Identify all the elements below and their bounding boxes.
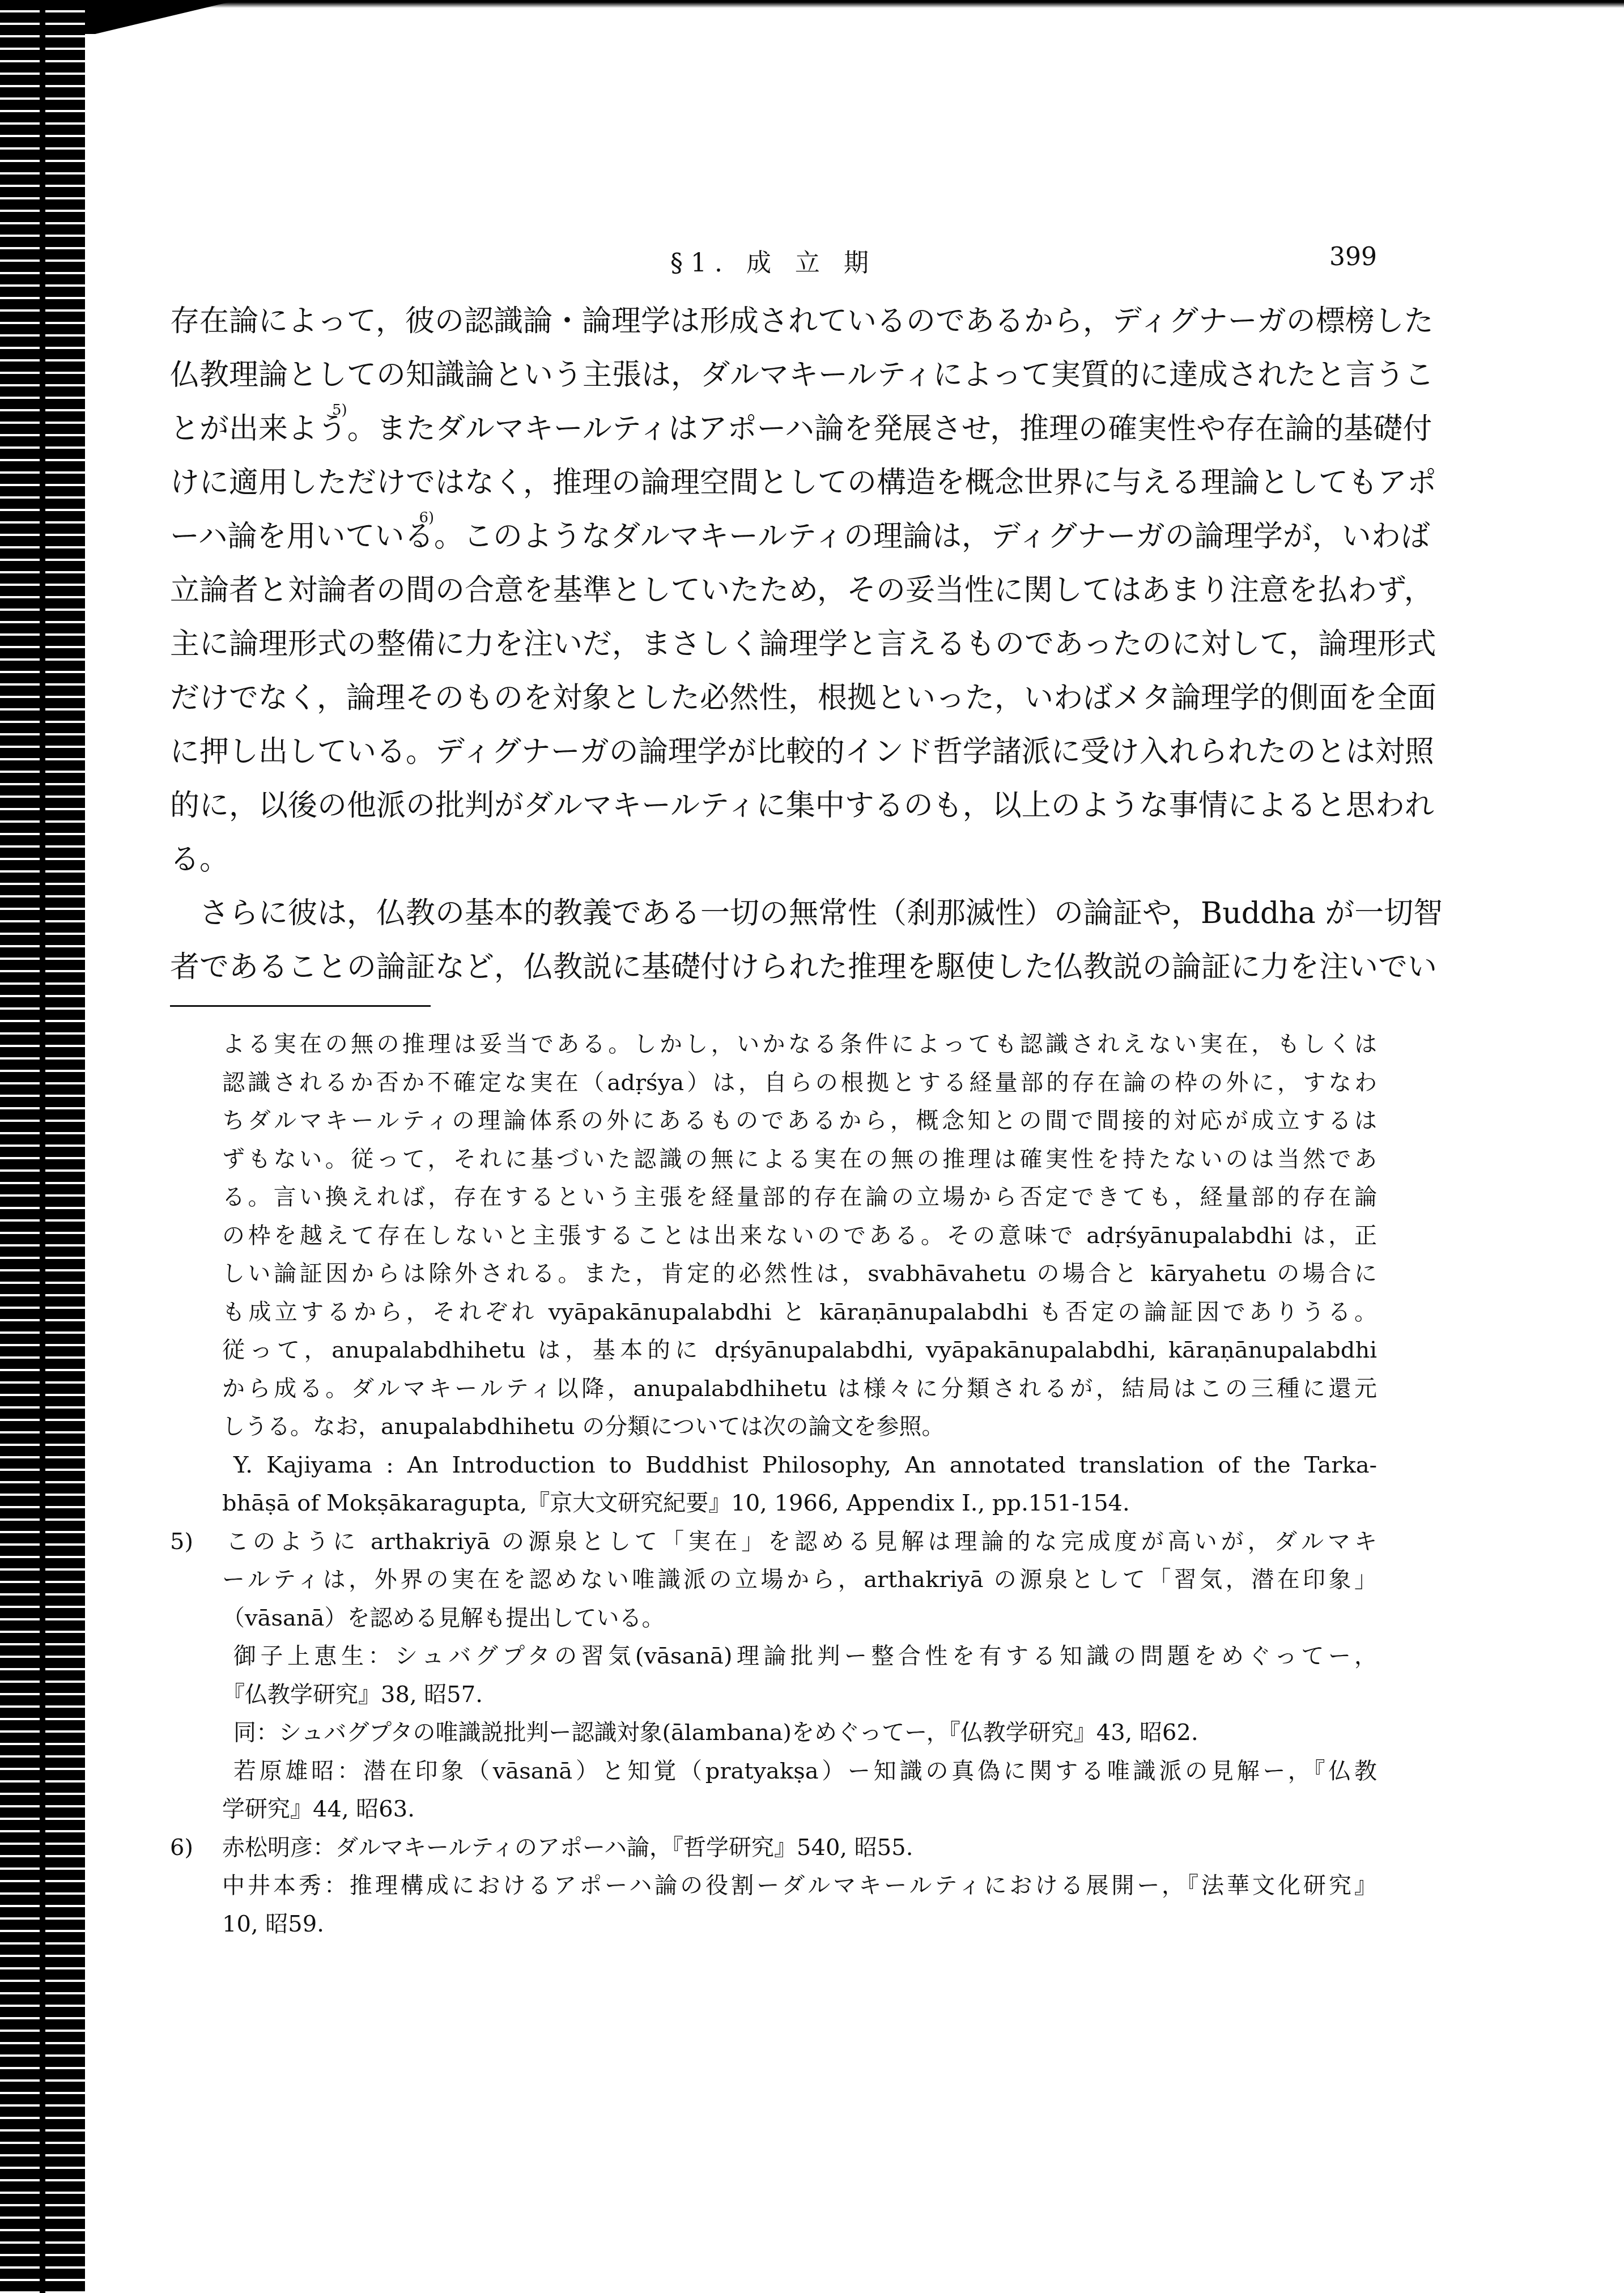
body-line: 者であることの論証など，仏教説に基礎付けられた推理を駆使した仏教説の論証に力を注… [170, 941, 1377, 994]
body-text-fragment: とが出来よう [170, 412, 347, 446]
footnote-line: 従って，anupalabdhihetu は，基本的に dṛśyānupalabd… [170, 1331, 1377, 1370]
footnote-text: 赤松明彦：ダルマキールティのアポーハ論，『哲学研究』540, 昭55. [222, 1835, 913, 1861]
body-line: さらに彼は，仏教の基本的教義である一切の無常性（刹那滅性）の論証や，Buddha… [170, 887, 1377, 941]
bibliography-line: 学研究』44, 昭63. [170, 1790, 1377, 1829]
footnote-5: 5)このように arthakriyā の源泉として「実在」を認める見解は理論的な… [170, 1523, 1377, 1562]
footnote-line: る。言い換えれば，存在するという主張を経量部的存在論の立場から否定できても，経量… [170, 1179, 1377, 1217]
footnote-marker-5: 5) [170, 1523, 222, 1562]
footnote-line: の枠を越えて存在しないと主張することは出来ないのである。その意味で adṛśyā… [170, 1217, 1377, 1256]
footnote-line: ずもない。従って，それに基づいた認識の無による実在の無の推理は確実性を持たないの… [170, 1141, 1377, 1179]
bibliography-line: 若原雄昭：潜在印象（vāsanā）と知覚（pratyakṣa）ー知識の真偽に関す… [170, 1752, 1377, 1791]
bibliography-line: Y. Kajiyama : An Introduction to Buddhis… [170, 1447, 1377, 1485]
scan-binding-edge [0, 0, 85, 2293]
bibliography-line: bhāṣā of Mokṣākaragupta,『京大文研究紀要』10, 196… [170, 1484, 1377, 1523]
body-text-fragment: 。またダルマキールティはアポーハ論を発展させ，推理の確実性や存在論的基礎付 [347, 412, 1432, 446]
body-line: 存在論によって，彼の認識論・論理学は形成されているのであるから，ディグナーガの標… [170, 295, 1377, 348]
footnote-line: （vāsanā）を認める見解も提出している。 [170, 1599, 1377, 1638]
body-line: る。 [170, 833, 1377, 887]
body-line: 仏教理論としての知識論という主張は，ダルマキールティによって実質的に達成されたと… [170, 348, 1377, 402]
bibliography-line: 中井本秀：推理構成におけるアポーハ論の役割ーダルマキールティにおける展開ー，『法… [170, 1867, 1377, 1905]
body-line: 主に論理形式の整備に力を注いだ，まさしく論理学と言えるものであったのに対して，論… [170, 618, 1377, 671]
footnote-line: 認識されるか否か不確定な実在（adṛśya）は，自らの根拠とする経量部的存在論の… [170, 1064, 1377, 1103]
body-text-fragment: ーハ論を用いている [170, 520, 433, 554]
body-text-fragment: 。このようなダルマキールティの理論は，ディグナーガの論理学が，いわば [434, 520, 1430, 554]
body-line: とが出来よう5)。またダルマキールティはアポーハ論を発展させ，推理の確実性や存在… [170, 402, 1377, 456]
footnote-line: しい論証因からは除外される。また，肯定的必然性は，svabhāvahetu の場… [170, 1255, 1377, 1294]
bibliography-line: 同：シュバグプタの唯識説批判ー認識対象(ālambana)をめぐってー，『仏教学… [170, 1714, 1377, 1752]
footnotes: よる実在の無の推理は妥当である。しかし，いかなる条件によっても認識されえない実在… [170, 1026, 1377, 1943]
scan-top-shadow [0, 0, 1624, 8]
footnote-text: このように arthakriyā の源泉として「実在」を認める見解は理論的な完成… [222, 1529, 1377, 1555]
footnote-6: 6)赤松明彦：ダルマキールティのアポーハ論，『哲学研究』540, 昭55. [170, 1829, 1377, 1867]
body-line: だけでなく，論理そのものを対象とした必然性，根拠といった，いわばメタ論理学的側面… [170, 671, 1377, 725]
page-number: 399 [1329, 243, 1377, 271]
footnote-ref-6[interactable]: 6) [419, 509, 434, 526]
footnote-line: ールティは，外界の実在を認めない唯識派の立場から，arthakriyā の源泉と… [170, 1561, 1377, 1599]
footnote-ref-5[interactable]: 5) [332, 402, 347, 419]
footnote-line: から成る。ダルマキールティ以降，anupalabdhihetu は様々に分類され… [170, 1370, 1377, 1409]
footnote-marker-6: 6) [170, 1829, 222, 1867]
footnote-line: しうる。なお，anupalabdhihetu の分類については次の論文を参照。 [170, 1408, 1377, 1447]
footnote-divider [170, 1005, 431, 1007]
section-title: §1. 成 立 期 [170, 243, 1377, 279]
footnote-line: よる実在の無の推理は妥当である。しかし，いかなる条件によっても認識されえない実在… [170, 1026, 1377, 1064]
main-body: 存在論によって，彼の認識論・論理学は形成されているのであるから，ディグナーガの標… [170, 295, 1377, 994]
body-line: に押し出している。ディグナーガの論理学が比較的インド哲学諸派に受け入れられたのと… [170, 725, 1377, 779]
running-header: §1. 成 立 期 399 [170, 243, 1377, 282]
body-line: けに適用しただけではなく，推理の論理空間としての構造を概念世界に与える理論として… [170, 456, 1377, 510]
bibliography-line: 御子上恵生：シュバグプタの習気(vāsanā)理論批判ー整合性を有する知識の問題… [170, 1637, 1377, 1676]
footnote-line: ちダルマキールティの理論体系の外にあるものであるから，概念知との間で間接的対応が… [170, 1102, 1377, 1141]
body-line: 立論者と対論者の間の合意を基準としていたため，その妥当性に関してはあまり注意を払… [170, 564, 1377, 618]
footnote-line: も成立するから，それぞれ vyāpakānupalabdhi と kāraṇān… [170, 1294, 1377, 1332]
bibliography-line: 10, 昭59. [170, 1905, 1377, 1944]
bibliography-line: 『仏教学研究』38, 昭57. [170, 1676, 1377, 1715]
body-line: ーハ論を用いている6)。このようなダルマキールティの理論は，ディグナーガの論理学… [170, 510, 1377, 564]
body-line: 的に，以後の他派の批判がダルマキールティに集中するのも，以上のような事情によると… [170, 779, 1377, 833]
